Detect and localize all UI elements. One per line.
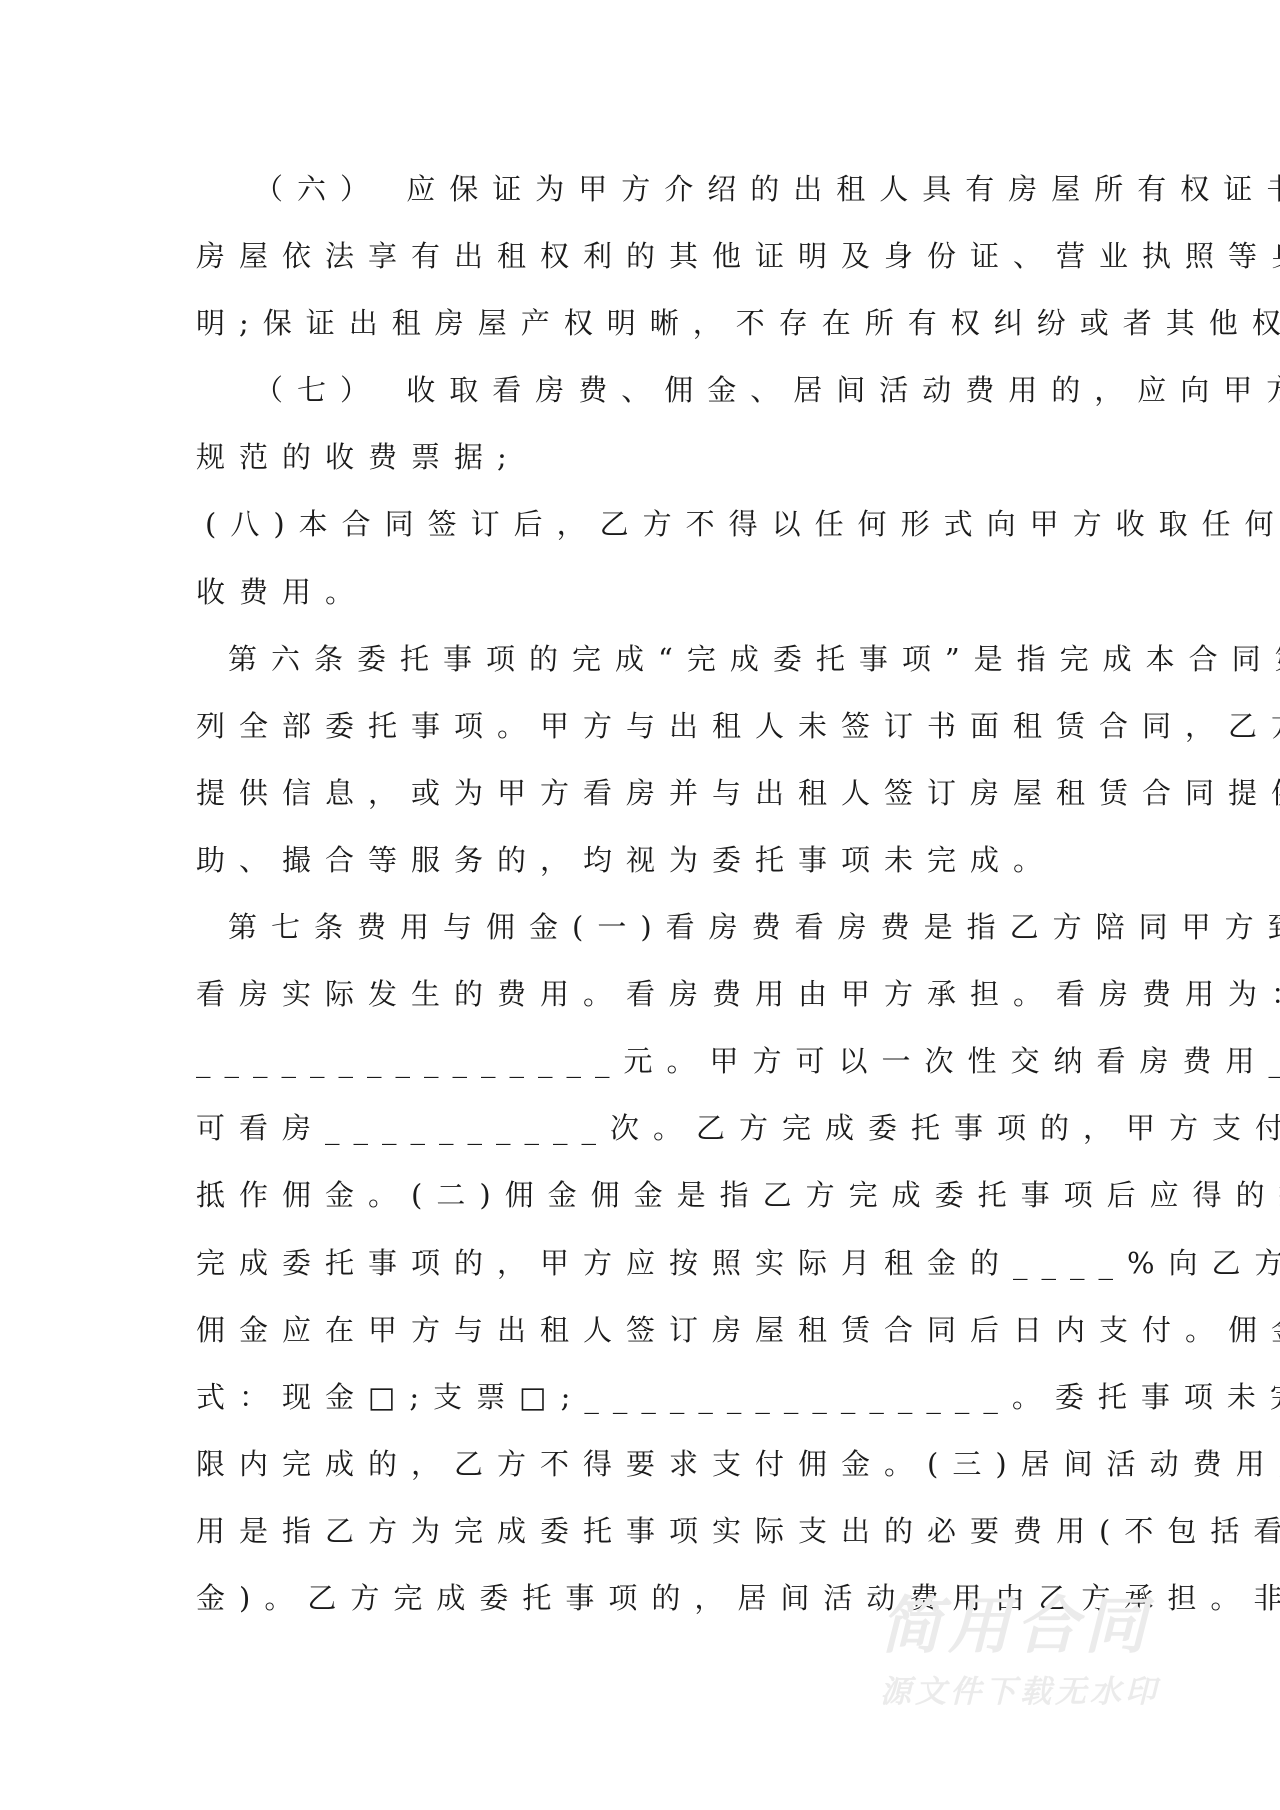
text-line-1: （六） 应保证为甲方介绍的出租人具有房屋所有权证书或对出租 (196, 156, 1088, 223)
document-page: （六） 应保证为甲方介绍的出租人具有房屋所有权证书或对出租 房屋依法享有出租权利… (0, 0, 1280, 1810)
text-line-8: 第六条委托事项的完成“完成委托事项”是指完成本合同第一条所 (196, 626, 1088, 693)
text-line-2: 房屋依法享有出租权利的其他证明及身份证、营业执照等身份资格证 (196, 223, 1088, 290)
text-line-12: 第七条费用与佣金(一)看房费看房费是指乙方陪同甲方到房屋现场 (196, 894, 1088, 961)
text-line-17: 完成委托事项的，甲方应按照实际月租金的____%向乙方支付佣金。 (196, 1230, 1088, 1297)
text-line-21: 用是指乙方为完成委托事项实际支出的必要费用(不包括看房费、佣 (196, 1498, 1088, 1565)
text-line-19: 式：现金□;支票□;_______________。委托事项未完成或未在委托期 (196, 1364, 1088, 1431)
text-line-3: 明;保证出租房屋产权明晰，不存在所有权纠纷或者其他权利纠纷; (196, 290, 1088, 357)
text-line-10: 提供信息，或为甲方看房并与出租人签订房屋租赁合同提供联络、协 (196, 760, 1088, 827)
document-body: （六） 应保证为甲方介绍的出租人具有房屋所有权证书或对出租 房屋依法享有出租权利… (196, 156, 1088, 1632)
text-line-9: 列全部委托事项。甲方与出租人未签订书面租赁合同，乙方仅为甲方 (196, 693, 1088, 760)
text-line-4: （七） 收取看房费、佣金、居间活动费用的，应向甲方开具合法、 (196, 357, 1088, 424)
text-line-6: (八)本合同签订后，乙方不得以任何形式向甲方收取任何名目的预 (196, 491, 1088, 558)
text-line-20: 限内完成的，乙方不得要求支付佣金。(三)居间活动费用居间活动费 (196, 1431, 1088, 1498)
text-line-7: 收费用。 (196, 559, 1088, 626)
text-line-22: 金)。乙方完成委托事项的，居间活动费用由乙方承担。非因乙方故 (196, 1565, 1088, 1632)
text-line-5: 规范的收费票据; (196, 424, 1088, 491)
text-line-18: 佣金应在甲方与出租人签订房屋租赁合同后日内支付。佣金的支付方 (196, 1297, 1088, 1364)
text-line-11: 助、撮合等服务的，均视为委托事项未完成。 (196, 827, 1088, 894)
watermark-subtitle: 源文件下载无水印 (880, 1672, 1185, 1712)
text-line-16: 抵作佣金。(二)佣金佣金是指乙方完成委托事项后应得的报酬。乙方 (196, 1162, 1088, 1229)
text-line-13: 看房实际发生的费用。看房费用由甲方承担。看房费用为：每次 (196, 961, 1088, 1028)
text-line-15: 可看房__________次。乙方完成委托事项的，甲方支付的看房费用费 (196, 1095, 1088, 1162)
text-line-14: _______________元。甲方可以一次性交纳看房费用__________… (196, 1028, 1088, 1095)
